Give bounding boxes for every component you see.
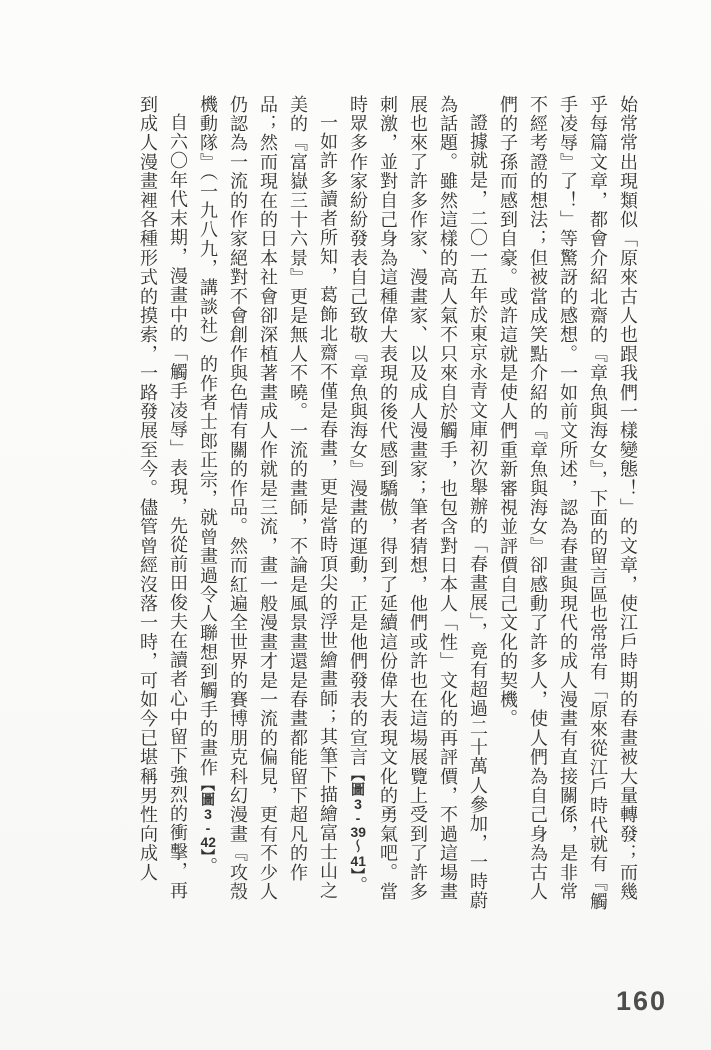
figure-reference: 42	[200, 835, 216, 849]
figure-reference: 3	[350, 797, 366, 811]
text-run: 一如許多讀者所知，葛飾北齋不僅是春畫，更是當時頂尖的浮世繪畫師；其筆下描繪富士山…	[198, 95, 338, 901]
page-number: 160	[616, 986, 667, 1017]
figure-reference: 〜	[350, 839, 366, 854]
text-run: 。	[198, 857, 218, 876]
text-run: 。	[348, 876, 368, 895]
figure-reference: 【圖	[200, 777, 216, 807]
figure-reference: 41	[350, 854, 366, 868]
figure-reference: -	[200, 821, 216, 835]
figure-reference: 【圖	[350, 767, 366, 797]
text-run: 自六〇年代末期，漫畫中的「觸手凌辱」表現，先從前田俊夫在讀者心中留下強烈的衝擊，…	[138, 95, 188, 900]
figure-reference: 39	[350, 825, 366, 839]
text-run: 始常常出現類似「原來古人也跟我們一樣變態！」的文章，使江戶時期的春畫被大量轉發；…	[498, 95, 638, 912]
paragraph: 自六〇年代末期，漫畫中的「觸手凌辱」表現，先從前田俊夫在讀者心中留下強烈的衝擊，…	[133, 95, 193, 915]
paragraph: 一如許多讀者所知，葛飾北齋不僅是春畫，更是當時頂尖的浮世繪畫師；其筆下描繪富士山…	[193, 95, 343, 915]
figure-reference: 3	[200, 807, 216, 821]
paragraph: 證據就是，二〇一五年於東京永青文庫初次舉辦的「春畫展」，竟有超過二十萬人參加，一…	[343, 95, 493, 915]
book-page: 始常常出現類似「原來古人也跟我們一樣變態！」的文章，使江戶時期的春畫被大量轉發；…	[0, 0, 711, 1050]
text-run: 證據就是，二〇一五年於東京永青文庫初次舉辦的「春畫展」，竟有超過二十萬人參加，一…	[348, 95, 488, 910]
figure-reference: 】	[200, 849, 216, 857]
figure-reference: 】	[350, 868, 366, 876]
paragraph: 始常常出現類似「原來古人也跟我們一樣變態！」的文章，使江戶時期的春畫被大量轉發；…	[493, 95, 643, 915]
figure-reference: -	[350, 811, 366, 825]
page-text: 始常常出現類似「原來古人也跟我們一樣變態！」的文章，使江戶時期的春畫被大量轉發；…	[68, 95, 643, 915]
